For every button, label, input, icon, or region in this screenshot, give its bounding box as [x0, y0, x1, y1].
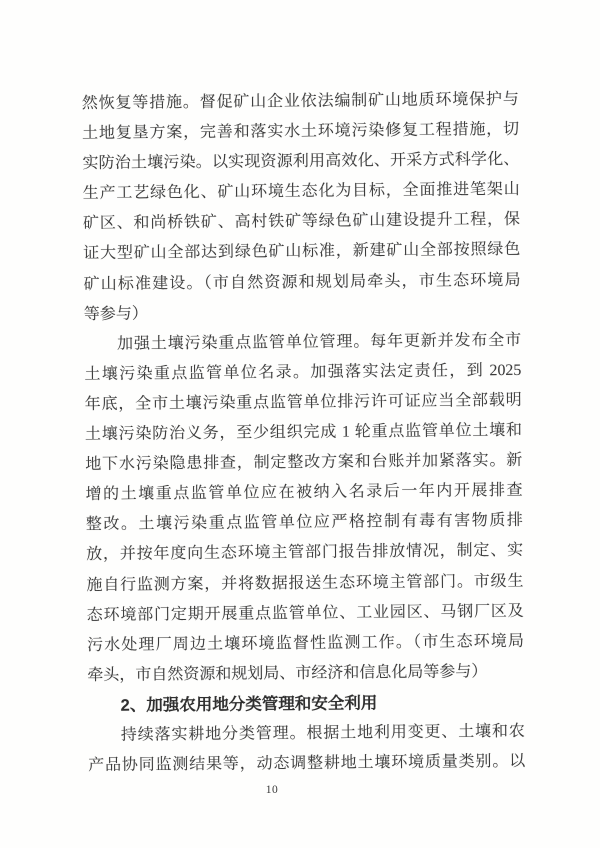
text-line: 证大型矿山全部达到绿色矿山标准，新建矿山全部按照绿色	[83, 235, 520, 269]
text-line: 矿区、和尚桥铁矿、高村铁矿等绿色矿山建设提升工程，保	[83, 205, 520, 239]
text-line: 施自行监测方案，并将数据报送生态环境主管部门。市级生	[86, 566, 523, 600]
document-text-block: 然恢复等措施。督促矿山企业依法编制矿山地质环境保护与 土地复垦方案，完善和落实水…	[82, 85, 526, 781]
text-line: 年底，全市土壤污染重点监管单位排污许可证应当全部载明	[85, 386, 522, 420]
text-line: 土地复垦方案，完善和落实水土环境污染修复工程措施，切	[82, 115, 519, 149]
text-line: 整改。土壤污染重点监管单位应严格控制有毒有害物质排	[86, 506, 523, 540]
text-line: 实防治土壤污染。以实现资源利用高效化、开采方式科学化、	[82, 145, 519, 179]
text-line: 生产工艺绿色化、矿山环境生态化为目标，全面推进笔架山	[83, 175, 520, 209]
paragraph-first-line: 加强土壤污染重点监管单位管理。每年更新并发布全市	[84, 326, 521, 360]
text-line: 土壤污染重点监管单位名录。加强落实法定责任，到 2025	[84, 356, 521, 390]
text-line: 态环境部门定期开展重点监管单位、工业园区、马钢厂区及	[87, 596, 524, 630]
paragraph-first-line: 持续落实耕地分类管理。根据土地利用变更、土壤和农	[88, 717, 525, 751]
text-line: 污水处理厂周边土壤环境监督性监测工作。（市生态环境局	[87, 627, 524, 661]
text-line: 地下水污染隐患排查，制定整改方案和台账并加紧落实。新	[85, 446, 522, 480]
text-line: 产品协同监测结果等，动态调整耕地土壤环境质量类别。以	[88, 747, 525, 781]
paragraph-last-line: 牵头，市自然资源和规划局、市经济和信息化局等参与）	[87, 657, 524, 691]
text-line: 增的土壤重点监管单位应在被纳入名录后一年内开展排查	[85, 476, 522, 510]
text-line: 放，并按年度向生态环境主管部门报告排放情况，制定、实	[86, 536, 523, 570]
page-number: 10	[266, 784, 279, 796]
paragraph-last-line: 等参与）	[84, 296, 521, 330]
text-line: 土壤污染防治义务，至少组织完成 1 轮重点监管单位土壤和	[85, 416, 522, 450]
text-line: 然恢复等措施。督促矿山企业依法编制矿山地质环境保护与	[82, 85, 519, 119]
text-line: 矿山标准建设。（市自然资源和规划局牵头，市生态环境局	[83, 265, 520, 299]
section-2-heading: 2、加强农用地分类管理和安全利用	[87, 687, 524, 721]
document-page: 然恢复等措施。督促矿山企业依法编制矿山地质环境保护与 土地复垦方案，完善和落实水…	[0, 0, 600, 848]
